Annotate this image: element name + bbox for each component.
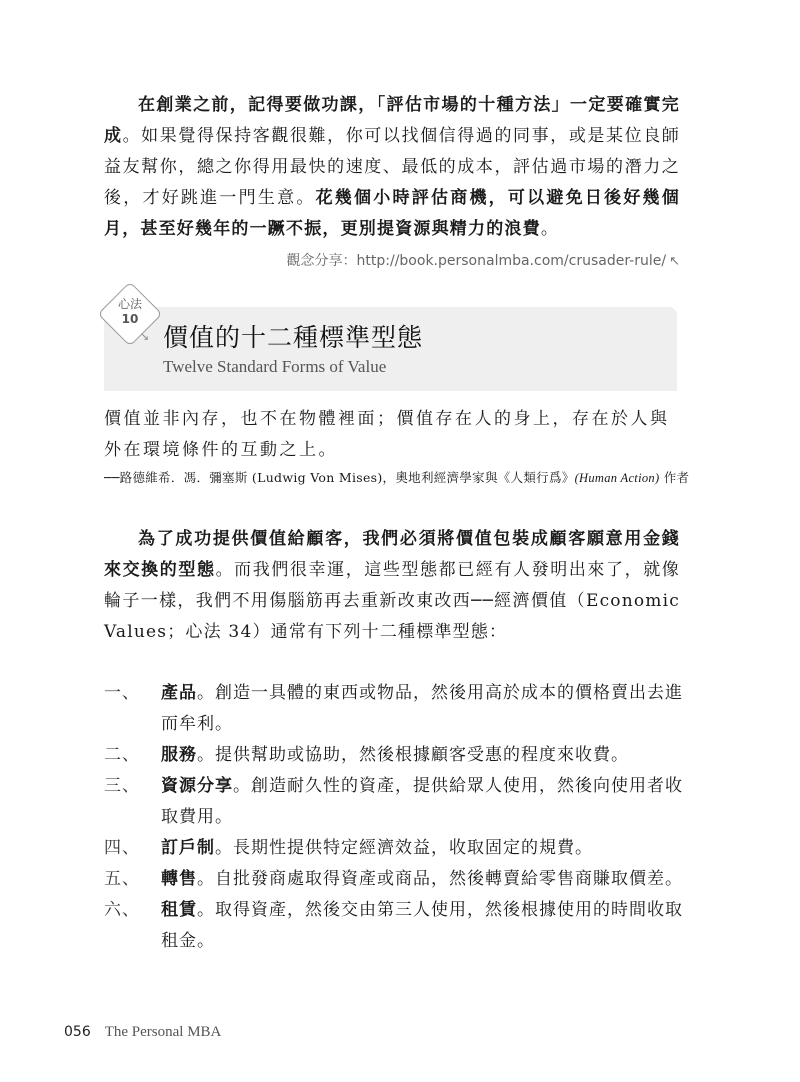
book-page: 在創業之前，記得要做功課，「評估市場的十種方法」一定要確實完成。如果覺得保持客觀… bbox=[0, 0, 800, 1082]
section-badge: 心法 10 bbox=[103, 297, 157, 327]
list-item: 五、轉售。自批發商處取得資產或商品，然後轉賣給零售商賺取價差。 bbox=[104, 864, 684, 895]
item-desc: 。取得資產，然後交由第三人使用，然後根據使用的時間收取租金。 bbox=[161, 900, 683, 951]
page-footer: 056The Personal MBA bbox=[64, 1024, 221, 1041]
list-item: 六、租賃。取得資產，然後交由第三人使用，然後根據使用的時間收取租金。 bbox=[104, 895, 684, 957]
book-title: The Personal MBA bbox=[105, 1024, 222, 1040]
item-desc: 。提供幫助或協助，然後根據顧客受惠的程度來收費。 bbox=[197, 745, 629, 765]
item-desc: 。創造一具體的東西或物品，然後用高於成本的價格賣出去進而牟利。 bbox=[161, 683, 683, 734]
cursor-arrow-icon: ↖ bbox=[669, 254, 680, 269]
item-term: 服務 bbox=[161, 745, 197, 765]
page-number: 056 bbox=[64, 1024, 91, 1040]
list-item: 一、產品。創造一具體的東西或物品，然後用高於成本的價格賣出去進而牟利。 bbox=[104, 678, 684, 740]
concept-share-label: 觀念分享： bbox=[287, 253, 357, 269]
item-number: 二、 bbox=[104, 740, 161, 771]
attribution-prefix: ──路德維希．馮．彌塞斯 (Ludwig Von Mises)，奧地利經濟學家與… bbox=[104, 470, 575, 485]
list-item: 四、訂戶制。長期性提供特定經濟效益，收取固定的規費。 bbox=[104, 833, 684, 864]
concept-share-url[interactable]: http://book.personalmba.com/crusader-rul… bbox=[357, 253, 667, 269]
attribution-suffix: 作者 bbox=[659, 470, 689, 485]
intro-paragraph: 在創業之前，記得要做功課，「評估市場的十種方法」一定要確實完成。如果覺得保持客觀… bbox=[104, 90, 680, 245]
badge-label: 心法 bbox=[103, 297, 157, 312]
intro-end: 。 bbox=[541, 219, 559, 239]
item-term: 轉售 bbox=[161, 869, 197, 889]
forms-list: 一、產品。創造一具體的東西或物品，然後用高於成本的價格賣出去進而牟利。 二、服務… bbox=[104, 678, 684, 957]
item-desc: 。長期性提供特定經濟效益，收取固定的規費。 bbox=[215, 838, 593, 858]
item-term: 產品 bbox=[161, 683, 197, 703]
item-desc: 。自批發商處取得資產或商品，然後轉賣給零售商賺取價差。 bbox=[197, 869, 683, 889]
item-number: 四、 bbox=[104, 833, 161, 864]
item-term: 資源分享 bbox=[161, 776, 233, 796]
item-number: 一、 bbox=[104, 678, 161, 740]
list-item: 三、資源分享。創造耐久性的資產，提供給眾人使用，然後向使用者收取費用。 bbox=[104, 771, 684, 833]
body-paragraph: 為了成功提供價值給顧客，我們必須將價值包裝成顧客願意用金錢來交換的型態。而我們很… bbox=[104, 524, 680, 648]
section-title-en: Twelve Standard Forms of Value bbox=[163, 357, 386, 377]
item-term: 租賃 bbox=[161, 900, 197, 920]
badge-number: 10 bbox=[103, 312, 157, 327]
item-number: 三、 bbox=[104, 771, 161, 833]
section-title-zh: 價值的十二種標準型態 bbox=[163, 318, 423, 354]
item-term: 訂戶制 bbox=[161, 838, 215, 858]
epigraph-quote: 價值並非內存，也不在物體裡面；價值存在人的身上，存在於人與外在環境條件的互動之上… bbox=[104, 404, 684, 466]
badge-arrow-icon: ↘ bbox=[140, 330, 149, 343]
item-number: 五、 bbox=[104, 864, 161, 895]
item-number: 六、 bbox=[104, 895, 161, 957]
item-desc: 。創造耐久性的資產，提供給眾人使用，然後向使用者收取費用。 bbox=[161, 776, 683, 827]
epigraph-attribution: ──路德維希．馮．彌塞斯 (Ludwig Von Mises)，奧地利經濟學家與… bbox=[104, 468, 689, 486]
attribution-italic: (Human Action) bbox=[575, 471, 660, 485]
list-item: 二、服務。提供幫助或協助，然後根據顧客受惠的程度來收費。 bbox=[104, 740, 684, 771]
concept-share: 觀念分享：http://book.personalmba.com/crusade… bbox=[287, 250, 680, 270]
